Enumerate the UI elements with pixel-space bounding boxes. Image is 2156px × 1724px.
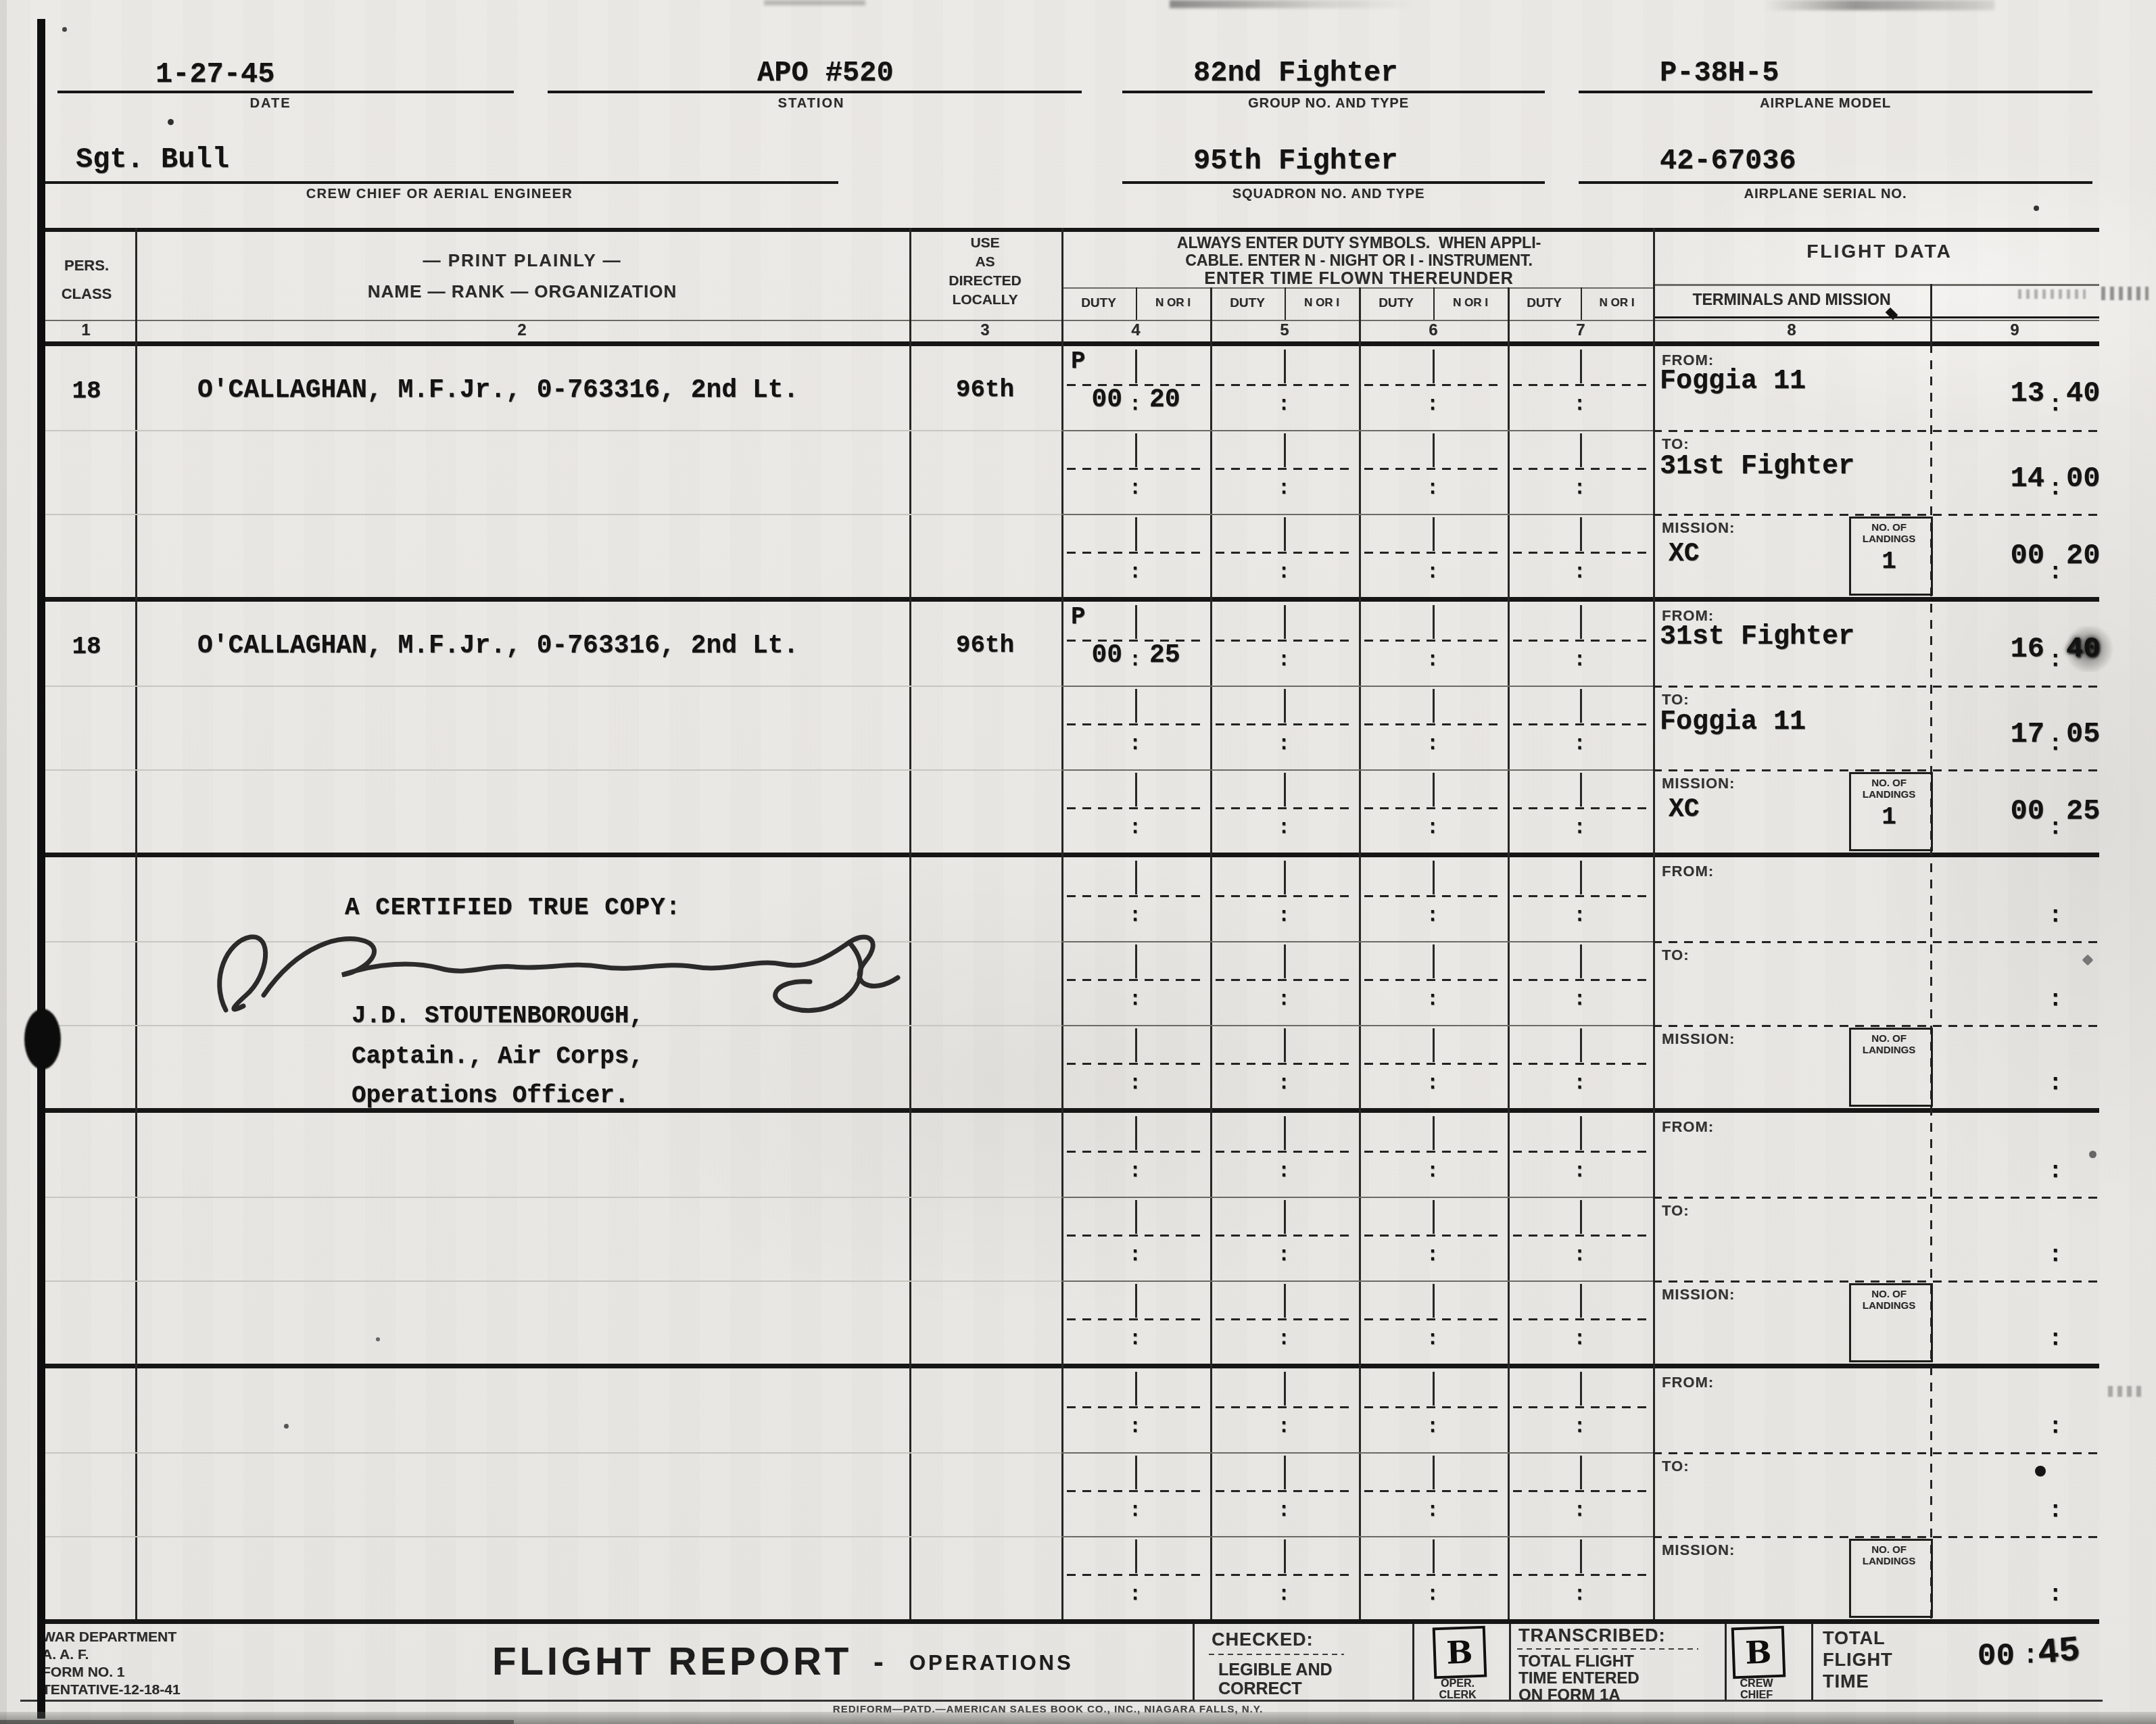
landings-value: 1 <box>1853 803 1925 831</box>
duty-nori-divider <box>1580 517 1582 551</box>
printed-colon: : <box>1278 1583 1290 1606</box>
group-underline <box>1122 91 1545 93</box>
use-col-label: DIRECTED <box>911 273 1059 289</box>
grid-line <box>1364 1318 1502 1320</box>
printed-colon: : <box>1129 733 1141 756</box>
grid-line <box>1513 1490 1648 1492</box>
printed-colon: : <box>1278 1500 1290 1523</box>
ink-blob <box>24 1009 61 1070</box>
grid-line <box>1364 640 1502 642</box>
grid-line <box>1513 1063 1648 1065</box>
printed-colon: : <box>2049 392 2062 418</box>
duty-subheader: DUTY <box>1063 296 1134 311</box>
landings-label: LANDINGS <box>1853 1556 1925 1567</box>
grid-line <box>1216 1574 1354 1576</box>
grid-line <box>1513 979 1648 981</box>
col-number: 2 <box>495 321 549 340</box>
ink-smear <box>2062 626 2116 672</box>
mission-label: MISSION: <box>1662 775 1735 792</box>
nori-subheader: N OR I <box>1435 296 1506 310</box>
landings-label: NO. OF <box>1853 1033 1925 1045</box>
duty-nori-divider <box>1135 1284 1137 1318</box>
duty-nori-divider <box>1580 944 1582 978</box>
duty-nori-divider <box>1433 1456 1435 1489</box>
duty-nori-divider <box>1580 773 1582 807</box>
printed-colon: : <box>1427 561 1439 584</box>
col-number: 6 <box>1406 321 1460 340</box>
total-time-hh: 00 <box>1950 1639 2015 1674</box>
duty-nori-divider <box>1284 350 1286 383</box>
printed-colon: : <box>1129 817 1141 840</box>
grid-line <box>1216 1318 1354 1320</box>
scan-dot <box>2089 1151 2097 1158</box>
to-time-hh: 17 <box>1974 718 2044 750</box>
grid-line <box>1513 1151 1648 1153</box>
grid-line <box>1061 228 1063 1619</box>
duty-instruction: CABLE. ENTER N - NIGHT OR I - INSTRUMENT… <box>1068 252 1650 270</box>
duty-nori-divider <box>1580 433 1582 467</box>
printed-colon: : <box>1278 1416 1290 1439</box>
printed-colon: : <box>1574 1072 1586 1095</box>
to-time-mm: 00 <box>2066 462 2100 495</box>
date-label: DATE <box>216 96 325 112</box>
checked-text: CORRECT <box>1218 1679 1302 1699</box>
printed-colon: : <box>1427 988 1439 1011</box>
mission-time-mm: 20 <box>2066 540 2100 572</box>
grid-line <box>37 1364 2099 1368</box>
grid-line <box>1067 979 1205 981</box>
grid-line <box>1067 1406 1205 1408</box>
printed-colon: : <box>1574 905 1586 928</box>
to-value: Foggia 11 <box>1660 707 1806 738</box>
grid-line <box>1067 1490 1205 1492</box>
printed-colon: : <box>1574 477 1586 500</box>
crew-chief-label: CREW CHIEF OR AERIAL ENGINEER <box>237 187 642 202</box>
transcribed-underline <box>1517 1648 1698 1650</box>
col-number: 4 <box>1109 321 1163 340</box>
checked-label: CHECKED: <box>1212 1629 1314 1650</box>
grid-line <box>1513 640 1648 642</box>
grid-line <box>1653 1452 2099 1454</box>
airplane-serial-underline <box>1579 181 2092 184</box>
oper-clerk-label: OPER. <box>1422 1678 1493 1690</box>
printed-colon: : <box>2049 1071 2062 1097</box>
transcribed-text: TIME ENTERED <box>1518 1669 1639 1688</box>
printed-colon: : <box>2049 1582 2062 1608</box>
grid-line <box>1216 1235 1354 1237</box>
checked-text: LEGIBLE AND <box>1218 1660 1333 1680</box>
scan-smudge <box>1765 0 1994 10</box>
printed-colon: : <box>1278 988 1290 1011</box>
landings-label: LANDINGS <box>1853 789 1925 800</box>
pers-class-value: 18 <box>59 377 114 405</box>
duty-nori-divider <box>1580 1284 1582 1318</box>
duty-nori-divider <box>1284 861 1286 894</box>
grid-line <box>1364 1574 1502 1576</box>
grid-line <box>1513 1574 1648 1576</box>
grid-line <box>1364 1063 1502 1065</box>
duty-instruction: ALWAYS ENTER DUTY SYMBOLS. WHEN APPLI- <box>1068 234 1650 252</box>
printed-colon: : <box>1574 1244 1586 1267</box>
grid-line <box>1067 723 1205 725</box>
grid-line <box>1653 1197 2099 1199</box>
duty-time-mm: 25 <box>1149 641 1180 670</box>
duty-subheader: DUTY <box>1509 296 1579 311</box>
duty-nori-divider <box>1580 861 1582 894</box>
grid-line <box>37 1536 1061 1537</box>
date-value: 1-27-45 <box>155 58 274 91</box>
grid-line <box>1364 807 1502 809</box>
airplane-model-value: P-38H-5 <box>1660 57 1779 89</box>
duty-time-mm: 20 <box>1149 385 1180 414</box>
squadron-value: 95th Fighter <box>1193 145 1397 177</box>
grid-line <box>1513 384 1648 386</box>
printed-colon: : <box>1278 733 1290 756</box>
pencil-marks <box>2018 289 2086 299</box>
airplane-model-label: AIRPLANE MODEL <box>1710 96 1940 112</box>
total-flight-time-label: TIME <box>1823 1671 1869 1692</box>
duty-nori-divider <box>1284 944 1286 978</box>
station-label: STATION <box>750 96 872 112</box>
printed-colon: : <box>1574 733 1586 756</box>
grid-line <box>1653 1025 2099 1027</box>
grid-line <box>37 1280 1061 1282</box>
grid-line <box>1061 1280 1653 1282</box>
grid-line <box>1364 895 1502 897</box>
printed-colon: : <box>1427 1416 1439 1439</box>
scan-dot <box>376 1337 380 1341</box>
grid-line <box>1653 1536 2099 1538</box>
printed-colon: : <box>1129 1500 1141 1523</box>
duty-nori-divider <box>1433 1284 1435 1318</box>
landings-label: LANDINGS <box>1853 1045 1925 1056</box>
grid-line <box>1513 1318 1648 1320</box>
scan-dot <box>168 119 174 125</box>
printed-colon: : <box>2049 1326 2062 1352</box>
duty-nori-divider <box>1135 1456 1137 1489</box>
mission-label: MISSION: <box>1662 1286 1735 1303</box>
terminals-label: TERMINALS AND MISSION <box>1656 291 1927 309</box>
printed-colon: : <box>1574 561 1586 584</box>
printed-colon: : <box>1129 1244 1141 1267</box>
airplane-model-underline <box>1579 91 2092 93</box>
duty-nori-divider <box>1284 1116 1286 1150</box>
use-col-label: LOCALLY <box>911 292 1059 308</box>
to-label: TO: <box>1662 947 1689 964</box>
duty-nori-divider <box>1284 433 1286 467</box>
printed-colon: : <box>1574 1416 1586 1439</box>
mission-label: MISSION: <box>1662 519 1735 537</box>
printed-colon: : <box>2049 1498 2062 1524</box>
grid-line <box>1364 468 1502 470</box>
grid-line <box>37 853 2099 857</box>
scan-dot <box>62 27 67 32</box>
grid-line <box>1216 1490 1354 1492</box>
name-col-label: NAME — RANK — ORGANIZATION <box>169 281 876 302</box>
printed-colon: : <box>1129 1160 1141 1183</box>
grid-line <box>1067 1318 1205 1320</box>
nori-subheader: N OR I <box>1286 296 1358 310</box>
grid-line <box>37 1452 1061 1454</box>
printed-colon: : <box>1427 393 1439 416</box>
certification-rank: Captain., Air Corps, <box>352 1043 644 1070</box>
to-label: TO: <box>1662 691 1689 709</box>
duty-nori-divider <box>1433 1372 1435 1406</box>
printed-colon: : <box>1129 1328 1141 1351</box>
total-flight-time-label: FLIGHT <box>1823 1650 1892 1671</box>
nori-subheader: N OR I <box>1137 296 1209 310</box>
grid-line <box>135 228 137 1619</box>
grid-line <box>1513 468 1648 470</box>
grid-line <box>1216 1063 1354 1065</box>
printed-colon: : <box>1574 817 1586 840</box>
printed-colon: : <box>2049 560 2062 585</box>
col-number: 5 <box>1257 321 1312 340</box>
station-value: APO #520 <box>757 57 894 89</box>
from-label: FROM: <box>1662 1374 1714 1391</box>
from-time-hh: 13 <box>1974 377 2044 410</box>
duty-nori-divider <box>1135 1372 1137 1406</box>
airplane-serial-value: 42-67036 <box>1660 145 1796 177</box>
printed-colon: : <box>2049 648 2062 673</box>
grid-line <box>37 430 1061 431</box>
scan-mark <box>2082 955 2094 966</box>
duty-nori-divider <box>1284 689 1286 723</box>
grid-line <box>1513 895 1648 897</box>
duty-nori-divider <box>1284 1539 1286 1573</box>
grid-line <box>1653 228 1655 1619</box>
duty-nori-divider <box>1433 773 1435 807</box>
scan-dot <box>284 1424 289 1429</box>
squadron-label: SQUADRON NO. AND TYPE <box>1203 187 1454 202</box>
grid-line <box>1061 941 1653 942</box>
grid-line <box>1653 941 2099 943</box>
grid-line <box>37 597 2099 602</box>
grid-line <box>1364 723 1502 725</box>
grid-line <box>37 1108 2099 1113</box>
duty-nori-divider <box>1433 1028 1435 1062</box>
col-number: 3 <box>958 321 1012 340</box>
duty-nori-divider <box>1433 689 1435 723</box>
grid-line <box>1653 284 2099 286</box>
crew-chief-stamp: B <box>1731 1626 1786 1679</box>
crew-chief-underline <box>41 181 838 184</box>
grid-line <box>1210 287 1212 1619</box>
duty-nori-divider <box>1433 433 1435 467</box>
printed-colon: : <box>1129 561 1141 584</box>
grid-line <box>1061 769 1653 771</box>
footer-divider <box>1193 1624 1195 1700</box>
use-value: 96th <box>931 631 1039 659</box>
duty-nori-divider <box>1284 1284 1286 1318</box>
flight-data-label: FLIGHT DATA <box>1758 241 2001 262</box>
airplane-serial-label: AIRPLANE SERIAL NO. <box>1710 187 1940 202</box>
landings-label: LANDINGS <box>1853 1300 1925 1312</box>
total-time-colon: : <box>2023 1642 2038 1671</box>
grid-line <box>1364 1406 1502 1408</box>
grid-line <box>1061 686 1653 687</box>
col-number: 7 <box>1554 321 1608 340</box>
grid-line <box>1364 979 1502 981</box>
grid-line <box>1285 287 1286 320</box>
form-id-line: WAR DEPARTMENT <box>42 1629 176 1646</box>
printed-colon: : <box>1574 393 1586 416</box>
oper-clerk-stamp: B <box>1433 1626 1487 1679</box>
grid-line <box>1513 552 1648 554</box>
to-time-hh: 14 <box>1974 462 2044 495</box>
duty-nori-divider <box>1284 605 1286 639</box>
grid-line <box>1653 686 2099 688</box>
printed-colon: : <box>1278 1328 1290 1351</box>
duty-nori-divider <box>1135 944 1137 978</box>
to-label: TO: <box>1662 1202 1689 1220</box>
grid-line <box>1653 1280 2099 1283</box>
footer-divider <box>1811 1624 1813 1700</box>
grid-line <box>1061 1536 1653 1537</box>
grid-line <box>37 769 1061 771</box>
printed-colon: : <box>1129 393 1141 416</box>
grid-line <box>1136 287 1137 320</box>
printed-colon: : <box>1574 1328 1586 1351</box>
from-value: Foggia 11 <box>1660 366 1806 397</box>
grid-line <box>1061 287 1653 289</box>
grid-line <box>1359 287 1361 1619</box>
duty-nori-divider <box>1135 1539 1137 1573</box>
grid-line <box>1653 430 2099 432</box>
grid-line <box>1061 514 1653 515</box>
grid-line <box>37 228 2099 232</box>
printed-colon: : <box>2049 1414 2062 1440</box>
grid-line <box>1061 1025 1653 1026</box>
squadron-underline <box>1122 181 1545 184</box>
pencil-marks <box>2101 287 2149 300</box>
grid-line <box>1061 1197 1653 1198</box>
grid-line <box>1653 316 2099 318</box>
landings-label: NO. OF <box>1853 522 1925 533</box>
grid-line <box>1216 1151 1354 1153</box>
printed-colon: : <box>1427 1072 1439 1095</box>
duty-nori-divider <box>1135 1116 1137 1150</box>
printed-colon: : <box>1278 561 1290 584</box>
landings-value: 1 <box>1853 548 1925 575</box>
form-id-line: FORM NO. 1 <box>42 1665 125 1681</box>
grid-line <box>1216 723 1354 725</box>
grid-line <box>1067 1151 1205 1153</box>
duty-nori-divider <box>1580 1372 1582 1406</box>
printed-colon: : <box>2049 476 2062 502</box>
duty-nori-divider <box>1135 350 1137 383</box>
duty-time-hh: 00 <box>1064 641 1122 670</box>
duty-symbol: P <box>1071 348 1086 375</box>
duty-nori-divider <box>1284 1456 1286 1489</box>
duty-symbol: P <box>1071 603 1086 631</box>
pers-class-value: 18 <box>59 633 114 661</box>
crew-chief-value: Sgt. Bull <box>76 143 229 176</box>
grid-line <box>1513 1406 1648 1408</box>
grid-line <box>1216 468 1354 470</box>
duty-nori-divider <box>1580 1539 1582 1573</box>
printed-colon: : <box>2049 1159 2062 1184</box>
use-col-label: USE <box>911 235 1059 252</box>
grid-line <box>1067 468 1205 470</box>
mission-value: XC <box>1669 795 1700 824</box>
grid-line <box>37 320 2099 321</box>
landings-label: NO. OF <box>1853 1544 1925 1556</box>
grid-line <box>1067 1235 1205 1237</box>
footer-divider <box>1509 1624 1511 1700</box>
mission-label: MISSION: <box>1662 1030 1735 1048</box>
printed-colon: : <box>2049 1243 2062 1268</box>
grid-line <box>1216 807 1354 809</box>
duty-instruction: ENTER TIME FLOWN THEREUNDER <box>1068 269 1650 289</box>
duty-nori-divider <box>1284 517 1286 551</box>
transcribed-text: TOTAL FLIGHT <box>1518 1652 1634 1671</box>
printed-colon: : <box>1129 1416 1141 1439</box>
use-col-label: AS <box>911 254 1059 270</box>
landings-label: LANDINGS <box>1853 533 1925 545</box>
duty-nori-divider <box>1284 1028 1286 1062</box>
printed-colon: : <box>2049 732 2062 757</box>
landings-label: NO. OF <box>1853 777 1925 789</box>
printed-colon: : <box>1427 905 1439 928</box>
scan-smudge <box>1170 0 1413 8</box>
form-id-line: TENTATIVE-12-18-41 <box>42 1682 181 1698</box>
printed-colon: : <box>1129 1072 1141 1095</box>
duty-nori-divider <box>1433 944 1435 978</box>
duty-nori-divider <box>1433 1116 1435 1150</box>
duty-nori-divider <box>1580 605 1582 639</box>
duty-nori-divider <box>1284 773 1286 807</box>
duty-nori-divider <box>1580 1200 1582 1234</box>
from-value: 31st Fighter <box>1660 622 1854 652</box>
duty-nori-divider <box>1135 773 1137 807</box>
left-border-line <box>37 19 45 1719</box>
bottom-scan-band <box>0 1720 514 1724</box>
mission-time-mm: 25 <box>2066 795 2100 828</box>
printed-colon: : <box>1427 477 1439 500</box>
grid-line <box>37 686 1061 687</box>
group-value: 82nd Fighter <box>1193 57 1397 89</box>
grid-line <box>1364 1235 1502 1237</box>
printed-colon: : <box>2049 903 2062 929</box>
grid-line <box>1513 807 1648 809</box>
printed-colon: : <box>1278 817 1290 840</box>
duty-time-hh: 00 <box>1064 385 1122 414</box>
printed-colon: : <box>1427 817 1439 840</box>
duty-nori-divider <box>1135 433 1137 467</box>
printed-colon: : <box>1278 1160 1290 1183</box>
grid-line <box>1061 1452 1653 1454</box>
printed-colon: : <box>2049 987 2062 1013</box>
mission-label: MISSION: <box>1662 1541 1735 1559</box>
duty-nori-divider <box>1135 605 1137 639</box>
certification-title: Operations Officer. <box>352 1082 629 1109</box>
form-title: FLIGHT REPORT <box>492 1639 852 1684</box>
crew-chief-label: CREW <box>1721 1678 1792 1690</box>
grid-line <box>1216 384 1354 386</box>
printed-colon: : <box>1129 988 1141 1011</box>
from-label: FROM: <box>1662 863 1714 880</box>
printed-colon: : <box>1574 1500 1586 1523</box>
date-underline <box>57 91 514 93</box>
scan-dot <box>2035 1466 2046 1477</box>
grid-line <box>1216 1406 1354 1408</box>
duty-nori-divider <box>1433 1539 1435 1573</box>
grid-line <box>1513 1235 1648 1237</box>
duty-subheader: DUTY <box>1212 296 1283 311</box>
printed-colon: : <box>1278 905 1290 928</box>
duty-nori-divider <box>1433 861 1435 894</box>
